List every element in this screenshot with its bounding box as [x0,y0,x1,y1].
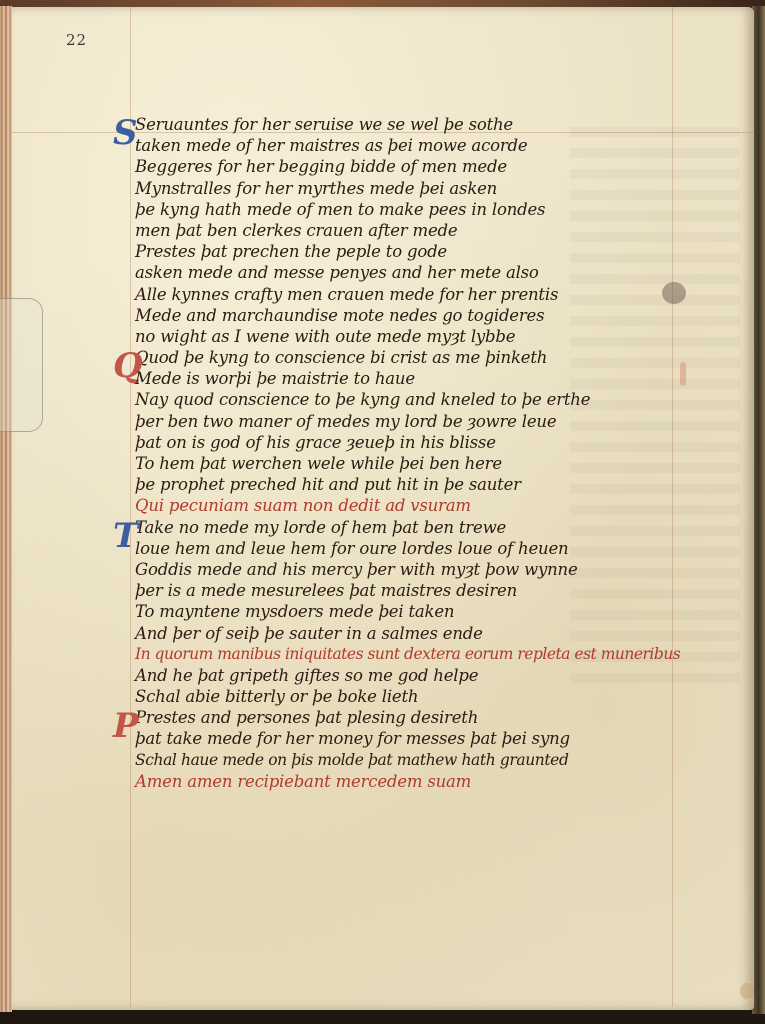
text-line: PPrestes and persones þat plesing desire… [135,707,755,728]
text-line: Beggeres for her begging bidde of men me… [135,156,755,177]
text-line: Schal abie bitterly or þe boke lieth [135,686,755,707]
corner-stain [740,983,754,999]
folio-number: 22 [66,31,87,49]
text-line: loue hem and leue hem for oure lordes lo… [135,538,755,559]
text-line: þer ben two maner of medes my lord be ȝo… [135,411,755,432]
binding-edge [0,6,12,1012]
rubric-line: Qui pecuniam suam non dedit ad vsuram [135,495,755,516]
manuscript-text-block: SSeruauntes for her seruise we se wel þe… [135,114,755,792]
text-line: Nay quod conscience to þe kyng and knele… [135,389,755,410]
text-line: Mede is worþi þe maistrie to haue [135,368,755,389]
text-line: QQuod þe kyng to conscience bi crist as … [135,347,755,368]
text-line: TTake no mede my lorde of hem þat ben tr… [135,517,755,538]
text-line: Schal haue mede on þis molde þat mathew … [135,750,755,771]
text-line: And he þat gripeth giftes so me god help… [135,665,755,686]
text-line: þer is a mede mesurelees þat maistres de… [135,580,755,601]
text-line: þe prophet preched hit and put hit in þe… [135,474,755,495]
text-line: To hem þat werchen wele while þei ben he… [135,453,755,474]
rubric-line: In quorum manibus iniquitates sunt dexte… [135,644,755,665]
text-line: SSeruauntes for her seruise we se wel þe… [135,114,755,135]
text-line: To mayntene mysdoers mede þei taken [135,601,755,622]
text-line: men þat ben clerkes crauen after mede [135,220,755,241]
page-clip-shadow [0,298,43,432]
rubric-line: Amen amen recipiebant mercedem suam [135,771,755,792]
text-line: And þer of seiþ þe sauter in a salmes en… [135,623,755,644]
text-line: Alle kynnes crafty men crauen mede for h… [135,284,755,305]
text-line: Goddis mede and his mercy þer with myȝt … [135,559,755,580]
text-line: Mede and marchaundise mote nedes go togi… [135,305,755,326]
book-bottom-edge [0,1010,765,1024]
text-line: taken mede of her maistres as þei mowe a… [135,135,755,156]
text-line: Mynstralles for her myrthes mede þei ask… [135,178,755,199]
text-line: no wight as I wene with oute mede myȝt l… [135,326,755,347]
text-line: þe kyng hath mede of men to make pees in… [135,199,755,220]
decorated-initial-s: S [113,116,137,150]
text-line: þat take mede for her money for messes þ… [135,728,755,749]
margin-ruling-left [130,7,131,1007]
text-line: þat on is god of his grace ȝeueþ in his … [135,432,755,453]
text-line: Prestes þat prechen the peple to gode [135,241,755,262]
text-line: asken mede and messe penyes and her mete… [135,262,755,283]
